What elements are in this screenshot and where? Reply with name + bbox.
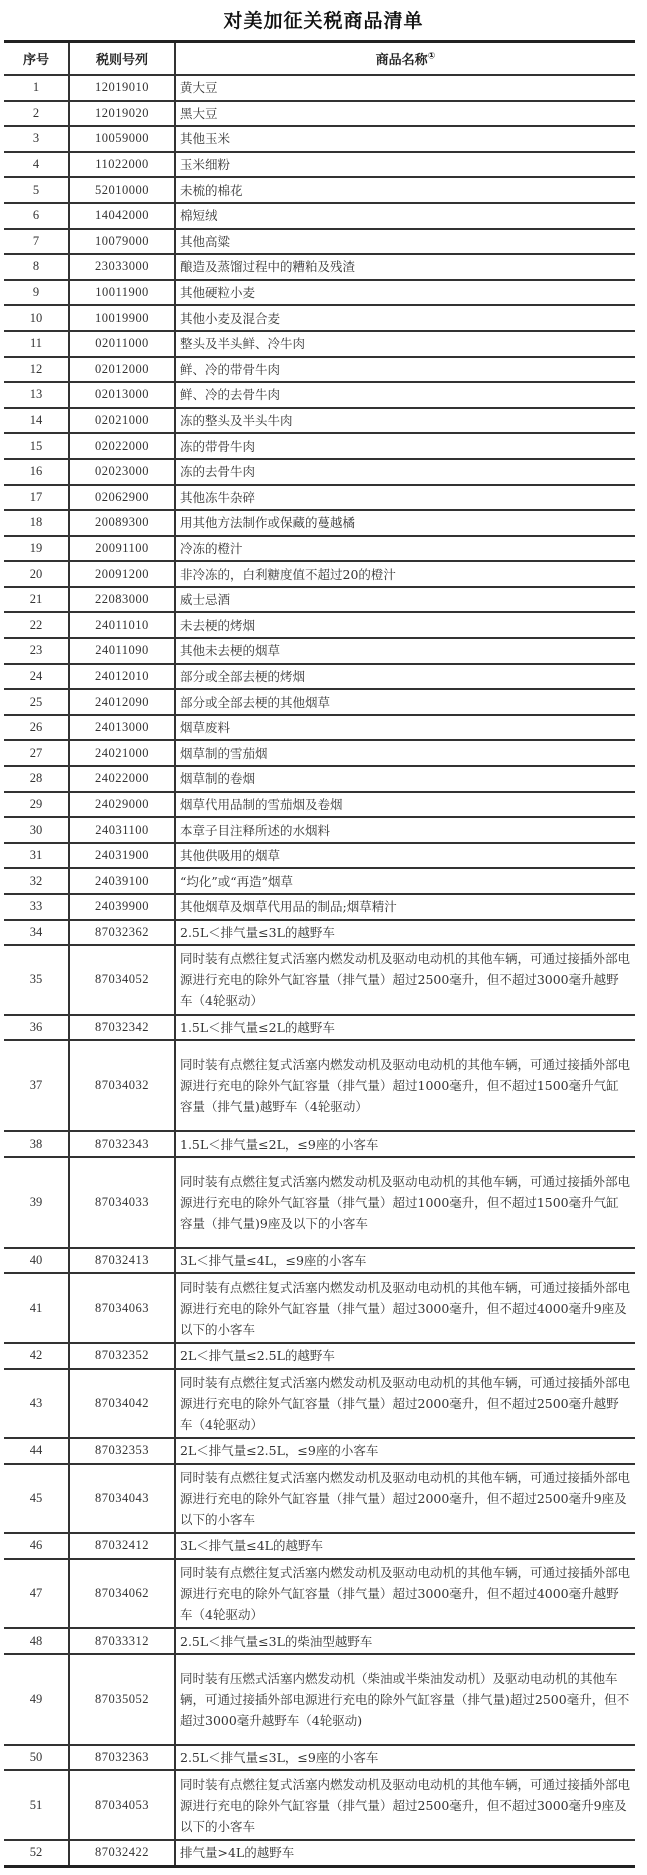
row-goods-name: 同时装有点燃往复式活塞内燃发动机及驱动电动机的其他车辆，可通过接插外部电源进行充…	[175, 1559, 635, 1629]
row-goods-name: 3L＜排气量≤4L的越野车	[175, 1533, 635, 1559]
row-tariff-code: 24031900	[69, 843, 175, 869]
table-row: 1602023000冻的去骨牛肉	[4, 459, 635, 485]
row-index: 5	[4, 177, 69, 203]
row-index: 45	[4, 1464, 69, 1534]
row-goods-name: 排气量>4L的越野车	[175, 1840, 635, 1866]
row-goods-name: 烟草代用品制的雪茄烟及卷烟	[175, 792, 635, 818]
row-goods-name: 同时装有点燃往复式活塞内燃发动机及驱动电动机的其他车辆，可通过接插外部电源进行充…	[175, 1770, 635, 1840]
row-index: 14	[4, 408, 69, 434]
row-tariff-code: 87032352	[69, 1343, 175, 1369]
row-index: 31	[4, 843, 69, 869]
footnote-marker: ①	[428, 52, 436, 62]
row-tariff-code: 02062900	[69, 485, 175, 511]
row-index: 51	[4, 1770, 69, 1840]
row-goods-name: 同时装有点燃往复式活塞内燃发动机及驱动电动机的其他车辆，可通过接插外部电源进行充…	[175, 945, 635, 1015]
table-row: 48870333122.5L＜排气量≤3L的柴油型越野车	[4, 1628, 635, 1654]
row-goods-name: 鲜、冷的带骨牛肉	[175, 357, 635, 383]
row-index: 22	[4, 612, 69, 638]
row-index: 18	[4, 510, 69, 536]
row-index: 52	[4, 1840, 69, 1866]
table-row: 2724021000烟草制的雪茄烟	[4, 740, 635, 766]
table-row: 1302013000鲜、冷的去骨牛肉	[4, 382, 635, 408]
row-index: 8	[4, 254, 69, 280]
row-tariff-code: 87034052	[69, 945, 175, 1015]
row-index: 34	[4, 920, 69, 946]
row-tariff-code: 24022000	[69, 766, 175, 792]
row-tariff-code: 20089300	[69, 510, 175, 536]
row-goods-name: 其他供吸用的烟草	[175, 843, 635, 869]
table-row: 2324011090其他未去梗的烟草	[4, 638, 635, 664]
row-goods-name: 其他未去梗的烟草	[175, 638, 635, 664]
row-tariff-code: 24011090	[69, 638, 175, 664]
table-row: 3124031900其他供吸用的烟草	[4, 843, 635, 869]
row-index: 19	[4, 536, 69, 562]
row-tariff-code: 11022000	[69, 152, 175, 178]
row-goods-name: 本章子目注释所述的水烟料	[175, 817, 635, 843]
row-goods-name: 冻的带骨牛肉	[175, 433, 635, 459]
row-tariff-code: 02022000	[69, 433, 175, 459]
row-goods-name: 黄大豆	[175, 75, 635, 101]
row-goods-name: 烟草制的雪茄烟	[175, 740, 635, 766]
row-index: 40	[4, 1248, 69, 1274]
row-tariff-code: 87035052	[69, 1654, 175, 1745]
row-tariff-code: 87032412	[69, 1533, 175, 1559]
row-index: 16	[4, 459, 69, 485]
row-tariff-code: 87032342	[69, 1015, 175, 1041]
row-tariff-code: 24012010	[69, 664, 175, 690]
table-row: 2524012090部分或全部去梗的其他烟草	[4, 689, 635, 715]
table-row: 1102011000整头及半头鲜、冷牛肉	[4, 331, 635, 357]
row-tariff-code: 24012090	[69, 689, 175, 715]
row-goods-name: 其他硬粒小麦	[175, 280, 635, 306]
table-row: 2224011010未去梗的烤烟	[4, 612, 635, 638]
row-goods-name: 棉短绒	[175, 203, 635, 229]
row-tariff-code: 10011900	[69, 280, 175, 306]
row-goods-name: 黑大豆	[175, 101, 635, 127]
row-tariff-code: 87032422	[69, 1840, 175, 1866]
table-row: 2424012010部分或全部去梗的烤烟	[4, 664, 635, 690]
row-goods-name: “均化”或“再造”烟草	[175, 868, 635, 894]
row-tariff-code: 24011010	[69, 612, 175, 638]
table-row: 50870323632.5L＜排气量≤3L，≤9座的小客车	[4, 1745, 635, 1771]
header-index: 序号	[4, 42, 69, 76]
row-goods-name: 同时装有点燃往复式活塞内燃发动机及驱动电动机的其他车辆，可通过接插外部电源进行充…	[175, 1040, 635, 1131]
table-row: 40870324133L＜排气量≤4L，≤9座的小客车	[4, 1248, 635, 1274]
row-goods-name: 其他高粱	[175, 229, 635, 255]
row-index: 4	[4, 152, 69, 178]
row-tariff-code: 87034043	[69, 1464, 175, 1534]
row-index: 42	[4, 1343, 69, 1369]
table-body: 112019010黄大豆212019020黑大豆310059000其他玉米411…	[4, 75, 635, 1866]
row-tariff-code: 24013000	[69, 715, 175, 741]
row-tariff-code: 24039900	[69, 894, 175, 920]
row-tariff-code: 02023000	[69, 459, 175, 485]
table-row: 1010019900其他小麦及混合麦	[4, 305, 635, 331]
row-tariff-code: 24031100	[69, 817, 175, 843]
row-goods-name: 部分或全部去梗的烤烟	[175, 664, 635, 690]
row-index: 23	[4, 638, 69, 664]
row-tariff-code: 24029000	[69, 792, 175, 818]
table-row: 614042000棉短绒	[4, 203, 635, 229]
row-index: 11	[4, 331, 69, 357]
row-goods-name: 非冷冻的，白利糖度值不超过20的橙汁	[175, 561, 635, 587]
table-row: 1202012000鲜、冷的带骨牛肉	[4, 357, 635, 383]
row-goods-name: 冻的整头及半头牛肉	[175, 408, 635, 434]
table-row: 4587034043同时装有点燃往复式活塞内燃发动机及驱动电动机的其他车辆，可通…	[4, 1464, 635, 1534]
row-goods-name: 玉米细粉	[175, 152, 635, 178]
row-tariff-code: 24021000	[69, 740, 175, 766]
row-tariff-code: 87034063	[69, 1273, 175, 1343]
row-index: 6	[4, 203, 69, 229]
table-row: 5187034053同时装有点燃往复式活塞内燃发动机及驱动电动机的其他车辆，可通…	[4, 1770, 635, 1840]
row-goods-name: 冷冻的橙汁	[175, 536, 635, 562]
row-goods-name: 2.5L＜排气量≤3L的柴油型越野车	[175, 1628, 635, 1654]
header-goods-name: 商品名称①	[175, 42, 635, 76]
row-tariff-code: 22083000	[69, 587, 175, 613]
row-index: 30	[4, 817, 69, 843]
row-goods-name: 其他烟草及烟草代用品的制品;烟草精汁	[175, 894, 635, 920]
row-goods-name: 烟草废料	[175, 715, 635, 741]
row-goods-name: 其他玉米	[175, 126, 635, 152]
table-row: 411022000玉米细粉	[4, 152, 635, 178]
row-tariff-code: 20091100	[69, 536, 175, 562]
row-index: 43	[4, 1369, 69, 1439]
table-row: 3987034033同时装有点燃往复式活塞内燃发动机及驱动电动机的其他车辆，可通…	[4, 1157, 635, 1248]
table-row: 823033000酿造及蒸馏过程中的糟粕及残渣	[4, 254, 635, 280]
row-goods-name: 烟草制的卷烟	[175, 766, 635, 792]
row-tariff-code: 87034062	[69, 1559, 175, 1629]
row-index: 21	[4, 587, 69, 613]
row-index: 33	[4, 894, 69, 920]
row-tariff-code: 87034032	[69, 1040, 175, 1131]
row-index: 26	[4, 715, 69, 741]
table-row: 3224039100“均化”或“再造”烟草	[4, 868, 635, 894]
row-index: 17	[4, 485, 69, 511]
row-goods-name: 3L＜排气量≤4L，≤9座的小客车	[175, 1248, 635, 1274]
table-row: 2624013000烟草废料	[4, 715, 635, 741]
row-index: 38	[4, 1131, 69, 1157]
row-tariff-code: 10059000	[69, 126, 175, 152]
row-goods-name: 其他冻牛杂碎	[175, 485, 635, 511]
row-goods-name: 整头及半头鲜、冷牛肉	[175, 331, 635, 357]
row-goods-name: 同时装有点燃往复式活塞内燃发动机及驱动电动机的其他车辆，可通过接插外部电源进行充…	[175, 1273, 635, 1343]
row-goods-name: 其他小麦及混合麦	[175, 305, 635, 331]
row-goods-name: 同时装有压燃式活塞内燃发动机（柴油或半柴油发动机）及驱动电动机的其他车辆，可通过…	[175, 1654, 635, 1745]
row-goods-name: 用其他方法制作或保藏的蔓越橘	[175, 510, 635, 536]
table-row: 4787034062同时装有点燃往复式活塞内燃发动机及驱动电动机的其他车辆，可通…	[4, 1559, 635, 1629]
row-index: 20	[4, 561, 69, 587]
table-row: 4387034042同时装有点燃往复式活塞内燃发动机及驱动电动机的其他车辆，可通…	[4, 1369, 635, 1439]
row-tariff-code: 87034033	[69, 1157, 175, 1248]
table-row: 46870324123L＜排气量≤4L的越野车	[4, 1533, 635, 1559]
row-index: 50	[4, 1745, 69, 1771]
row-index: 48	[4, 1628, 69, 1654]
table-row: 2924029000烟草代用品制的雪茄烟及卷烟	[4, 792, 635, 818]
row-index: 9	[4, 280, 69, 306]
table-row: 2122083000威士忌酒	[4, 587, 635, 613]
row-tariff-code: 12019020	[69, 101, 175, 127]
row-index: 39	[4, 1157, 69, 1248]
table-row: 3787034032同时装有点燃往复式活塞内燃发动机及驱动电动机的其他车辆，可通…	[4, 1040, 635, 1131]
row-tariff-code: 02011000	[69, 331, 175, 357]
row-tariff-code: 87032353	[69, 1438, 175, 1464]
row-goods-name: 鲜、冷的去骨牛肉	[175, 382, 635, 408]
table-row: 112019010黄大豆	[4, 75, 635, 101]
row-goods-name: 冻的去骨牛肉	[175, 459, 635, 485]
row-index: 35	[4, 945, 69, 1015]
header-goods-name-label: 商品名称	[376, 53, 428, 68]
row-tariff-code: 87033312	[69, 1628, 175, 1654]
row-tariff-code: 87032363	[69, 1745, 175, 1771]
row-tariff-code: 10019900	[69, 305, 175, 331]
table-row: 1502022000冻的带骨牛肉	[4, 433, 635, 459]
row-index: 47	[4, 1559, 69, 1629]
table-row: 4187034063同时装有点燃往复式活塞内燃发动机及驱动电动机的其他车辆，可通…	[4, 1273, 635, 1343]
table-row: 44870323532L＜排气量≤2.5L，≤9座的小客车	[4, 1438, 635, 1464]
row-index: 7	[4, 229, 69, 255]
header-tariff-code: 税则号列	[69, 42, 175, 76]
row-tariff-code: 24039100	[69, 868, 175, 894]
row-index: 36	[4, 1015, 69, 1041]
row-tariff-code: 02013000	[69, 382, 175, 408]
row-tariff-code: 02012000	[69, 357, 175, 383]
row-goods-name: 2.5L＜排气量≤3L的越野车	[175, 920, 635, 946]
row-tariff-code: 10079000	[69, 229, 175, 255]
table-row: 5287032422排气量>4L的越野车	[4, 1840, 635, 1866]
row-tariff-code: 14042000	[69, 203, 175, 229]
row-tariff-code: 12019010	[69, 75, 175, 101]
table-row: 1820089300用其他方法制作或保藏的蔓越橘	[4, 510, 635, 536]
page-title: 对美加征关税商品清单	[0, 6, 647, 33]
row-index: 28	[4, 766, 69, 792]
table-row: 1702062900其他冻牛杂碎	[4, 485, 635, 511]
row-index: 24	[4, 664, 69, 690]
table-row: 2824022000烟草制的卷烟	[4, 766, 635, 792]
row-tariff-code: 02021000	[69, 408, 175, 434]
row-goods-name: 未去梗的烤烟	[175, 612, 635, 638]
table-row: 38870323431.5L＜排气量≤2L，≤9座的小客车	[4, 1131, 635, 1157]
row-index: 44	[4, 1438, 69, 1464]
table-row: 3587034052同时装有点燃往复式活塞内燃发动机及驱动电动机的其他车辆，可通…	[4, 945, 635, 1015]
table-row: 552010000未梳的棉花	[4, 177, 635, 203]
tariff-goods-table: 序号 税则号列 商品名称① 112019010黄大豆212019020黑大豆31…	[4, 40, 635, 1868]
table-row: 710079000其他高粱	[4, 229, 635, 255]
row-goods-name: 部分或全部去梗的其他烟草	[175, 689, 635, 715]
row-index: 32	[4, 868, 69, 894]
row-index: 15	[4, 433, 69, 459]
row-index: 46	[4, 1533, 69, 1559]
row-tariff-code: 23033000	[69, 254, 175, 280]
row-tariff-code: 87034042	[69, 1369, 175, 1439]
table-row: 2020091200非冷冻的，白利糖度值不超过20的橙汁	[4, 561, 635, 587]
row-index: 29	[4, 792, 69, 818]
row-goods-name: 同时装有点燃往复式活塞内燃发动机及驱动电动机的其他车辆，可通过接插外部电源进行充…	[175, 1157, 635, 1248]
table-row: 1920091100冷冻的橙汁	[4, 536, 635, 562]
row-goods-name: 1.5L＜排气量≤2L，≤9座的小客车	[175, 1131, 635, 1157]
row-tariff-code: 52010000	[69, 177, 175, 203]
row-index: 12	[4, 357, 69, 383]
row-index: 13	[4, 382, 69, 408]
table-row: 42870323522L＜排气量≤2.5L的越野车	[4, 1343, 635, 1369]
table-row: 910011900其他硬粒小麦	[4, 280, 635, 306]
table-row: 3324039900其他烟草及烟草代用品的制品;烟草精汁	[4, 894, 635, 920]
row-goods-name: 未梳的棉花	[175, 177, 635, 203]
table-row: 3024031100本章子目注释所述的水烟料	[4, 817, 635, 843]
table-row: 1402021000冻的整头及半头牛肉	[4, 408, 635, 434]
row-tariff-code: 87032362	[69, 920, 175, 946]
row-goods-name: 威士忌酒	[175, 587, 635, 613]
row-tariff-code: 87034053	[69, 1770, 175, 1840]
table-row: 36870323421.5L＜排气量≤2L的越野车	[4, 1015, 635, 1041]
row-index: 1	[4, 75, 69, 101]
row-index: 37	[4, 1040, 69, 1131]
table-row: 310059000其他玉米	[4, 126, 635, 152]
row-goods-name: 同时装有点燃往复式活塞内燃发动机及驱动电动机的其他车辆，可通过接插外部电源进行充…	[175, 1464, 635, 1534]
row-tariff-code: 87032413	[69, 1248, 175, 1274]
row-index: 49	[4, 1654, 69, 1745]
row-goods-name: 1.5L＜排气量≤2L的越野车	[175, 1015, 635, 1041]
row-tariff-code: 87032343	[69, 1131, 175, 1157]
row-index: 3	[4, 126, 69, 152]
row-goods-name: 2L＜排气量≤2.5L的越野车	[175, 1343, 635, 1369]
row-goods-name: 2.5L＜排气量≤3L，≤9座的小客车	[175, 1745, 635, 1771]
table-row: 34870323622.5L＜排气量≤3L的越野车	[4, 920, 635, 946]
row-goods-name: 同时装有点燃往复式活塞内燃发动机及驱动电动机的其他车辆，可通过接插外部电源进行充…	[175, 1369, 635, 1439]
row-index: 25	[4, 689, 69, 715]
row-tariff-code: 20091200	[69, 561, 175, 587]
row-index: 27	[4, 740, 69, 766]
row-index: 41	[4, 1273, 69, 1343]
row-index: 2	[4, 101, 69, 127]
row-index: 10	[4, 305, 69, 331]
table-row: 4987035052同时装有压燃式活塞内燃发动机（柴油或半柴油发动机）及驱动电动…	[4, 1654, 635, 1745]
table-row: 212019020黑大豆	[4, 101, 635, 127]
table-header-row: 序号 税则号列 商品名称①	[4, 42, 635, 76]
row-goods-name: 2L＜排气量≤2.5L，≤9座的小客车	[175, 1438, 635, 1464]
row-goods-name: 酿造及蒸馏过程中的糟粕及残渣	[175, 254, 635, 280]
